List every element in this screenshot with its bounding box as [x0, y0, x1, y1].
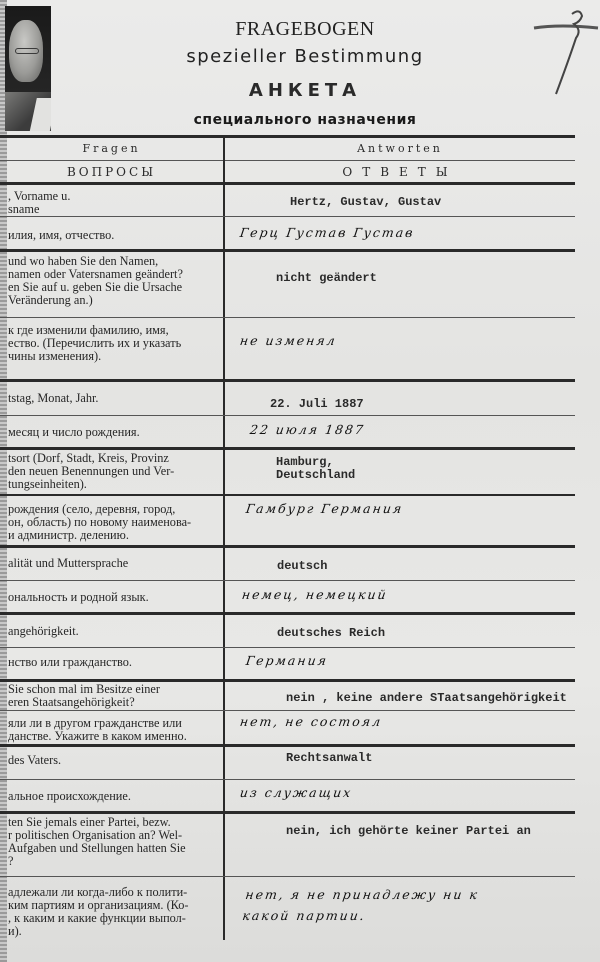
column-header-answers-de: Antworten: [225, 142, 575, 155]
rule-header-mid: [0, 160, 575, 161]
question-birthdate-ru: месяц и число рождения.: [8, 426, 220, 439]
rule: [0, 580, 575, 581]
answer-party-handwritten: нет, я не принадлежу ни к какой партии.: [241, 884, 480, 926]
rule: [0, 249, 575, 252]
question-birthplace-de: tsort (Dorf, Stadt, Kreis, Provinz den n…: [8, 452, 220, 491]
rule: [0, 811, 575, 814]
answer-father-handwritten: из служащих: [239, 782, 354, 803]
answer-nationality-typed: deutsch: [277, 560, 327, 573]
answer-birthdate-typed: 22. Juli 1887: [270, 398, 364, 411]
answer-other-citizenship-handwritten: нет, не состоял: [239, 711, 384, 732]
question-party-de: ten Sie jemals einer Partei, bezw. r pol…: [8, 816, 220, 868]
answer-citizenship-handwritten: Германия: [245, 650, 330, 671]
question-father-ru: альное происхождение.: [8, 790, 220, 803]
subtitle-german: spezieller Bestimmung: [0, 46, 600, 67]
answer-name-change-typed: nicht geändert: [276, 272, 377, 285]
question-other-citizenship-ru: яли ли в другом гражданстве или данстве.…: [8, 717, 220, 743]
question-citizenship-de: angehörigkeit.: [8, 625, 220, 638]
rule: [0, 415, 575, 416]
answer-name-typed: Hertz, Gustav, Gustav: [290, 196, 441, 209]
answer-birthplace-handwritten: Гамбург Германия: [245, 498, 405, 519]
rule-header-top: [0, 135, 575, 138]
subtitle-russian: специального назначения: [0, 112, 600, 128]
rule: [0, 317, 575, 318]
rule: [0, 494, 575, 496]
answer-other-citizenship-typed: nein , keine andere STaatsangehörigkeit: [286, 692, 567, 705]
question-birthdate-de: tstag, Monat, Jahr.: [8, 392, 220, 405]
column-header-questions-ru: ВОПРОСЫ: [0, 165, 223, 179]
title-german: FRAGEBOGEN: [0, 18, 600, 41]
rule: [0, 216, 575, 217]
answer-father-typed: Rechtsanwalt: [286, 752, 372, 765]
rule: [0, 876, 575, 877]
rule-header-bottom: [0, 182, 575, 185]
rule: [0, 379, 575, 382]
question-other-citizenship-de: Sie schon mal im Besitze einer eren Staa…: [8, 683, 220, 709]
rule: [0, 612, 575, 615]
question-name-change-ru: к где изменили фамилию, имя, ество. (Пер…: [8, 324, 220, 363]
question-father-de: des Vaters.: [8, 754, 220, 767]
rule: [0, 744, 575, 747]
answer-citizenship-typed: deutsches Reich: [277, 627, 385, 640]
question-name-ru: илия, имя, отчество.: [8, 229, 220, 242]
answer-birthplace-typed: Hamburg, Deutschland: [276, 456, 355, 482]
question-name-change-de: und wo haben Sie den Namen, namen oder V…: [8, 255, 220, 307]
question-citizenship-ru: нство или гражданство.: [8, 656, 220, 669]
handwritten-page-number-icon: [530, 6, 600, 96]
question-nationality-ru: ональность и родной язык.: [8, 591, 220, 604]
answer-name-change-handwritten: не изменял: [239, 330, 339, 351]
column-header-answers-ru: ОТВЕТЫ: [225, 165, 575, 179]
answer-nationality-handwritten: немец, немецкий: [241, 584, 390, 605]
title-russian: АНКЕТА: [0, 80, 600, 101]
rule: [0, 647, 575, 648]
rule: [0, 545, 575, 548]
answer-birthdate-handwritten: 22 июля 1887: [249, 419, 367, 440]
answer-party-typed: nein, ich gehörte keiner Partei an: [286, 825, 531, 838]
column-header-questions-de: Fragen: [0, 142, 223, 155]
rule: [0, 779, 575, 780]
question-party-ru: адлежали ли когда-либо к полити- ким пар…: [8, 886, 220, 938]
rule: [0, 447, 575, 450]
question-birthplace-ru: рождения (село, деревня, город, он, обла…: [8, 503, 220, 542]
column-divider: [223, 137, 225, 940]
question-name-de: , Vorname u. sname: [8, 190, 220, 216]
answer-name-handwritten: Герц Густав Густав: [239, 222, 417, 243]
question-nationality-de: alität und Muttersprache: [8, 557, 220, 570]
